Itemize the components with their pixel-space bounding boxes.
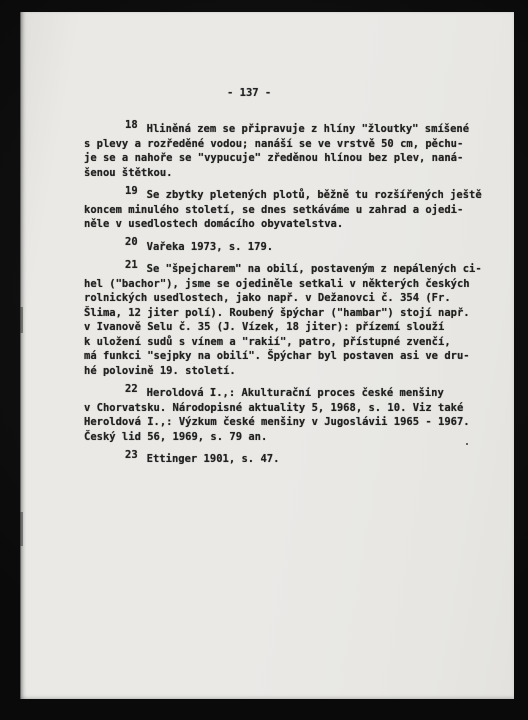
footnote-line: Heroldová I.,: Výzkum české menšiny v Ju…	[84, 415, 496, 430]
footnote-line: k uložení sudů s vínem a "rakií", patro,…	[84, 335, 496, 350]
footnote-line: má funkci "sejpky na obilí". Špýchar byl…	[84, 349, 496, 364]
footnote-text: Ettinger 1901, s. 47.	[147, 453, 280, 465]
footnote-line: 20Vařeka 1973, s. 179.	[84, 240, 496, 255]
footnote-text: Se "špejcharem" na obilí, postaveným z n…	[147, 263, 482, 275]
footnote-line: v Ivanově Selu č. 35 (J. Vízek, 18 jiter…	[84, 320, 496, 335]
footnotes-section: 18Hliněná zem se připravuje z hlíny "žlo…	[84, 122, 496, 475]
binding-edge-mark	[20, 512, 23, 546]
footnote-line: 19Se zbytky pletených plotů, běžně tu ro…	[84, 188, 496, 203]
page-number: - 137 -	[227, 86, 271, 100]
footnote-23: 23Ettinger 1901, s. 47.	[84, 452, 496, 467]
footnote-line: je se a nahoře se "vypucuje" zředěnou hl…	[84, 151, 496, 166]
footnote-number: 22	[125, 382, 138, 397]
binding-edge-mark	[20, 307, 23, 333]
footnote-number: 19	[125, 184, 138, 199]
footnote-line: 23Ettinger 1901, s. 47.	[84, 452, 496, 467]
document-page: - 137 - 18Hliněná zem se připravuje z hl…	[20, 12, 514, 699]
footnote-19: 19Se zbytky pletených plotů, běžně tu ro…	[84, 188, 496, 232]
footnote-line: něle v usedlostech domácího obyvatelstva…	[84, 217, 496, 232]
footnote-line: Český lid 56, 1969, s. 79 an.	[84, 430, 496, 445]
footnote-number: 21	[125, 258, 138, 273]
footnote-22: 22Heroldová I.,: Akulturační proces česk…	[84, 386, 496, 444]
footnote-line: šenou štětkou.	[84, 166, 496, 181]
footnote-text: Hliněná zem se připravuje z hlíny "žlout…	[147, 123, 469, 135]
footnote-21: 21Se "špejcharem" na obilí, postaveným z…	[84, 262, 496, 378]
footnote-line: rolnických usedlostech, jako např. v Dež…	[84, 291, 496, 306]
footnote-line: 18Hliněná zem se připravuje z hlíny "žlo…	[84, 122, 496, 137]
footnote-number: 18	[125, 118, 138, 133]
footnote-line: hel ("bachor"), jsme se ojediněle setkal…	[84, 277, 496, 292]
footnote-number: 23	[125, 448, 138, 463]
footnote-text: Heroldová I.,: Akulturační proces české …	[147, 387, 444, 399]
scan-background: - 137 - 18Hliněná zem se připravuje z hl…	[0, 0, 528, 720]
footnote-20: 20Vařeka 1973, s. 179.	[84, 240, 496, 255]
footnote-text: Se zbytky pletených plotů, běžně tu rozš…	[147, 189, 482, 201]
footnote-line: hé polovině 19. století.	[84, 364, 496, 379]
footnote-line: 21Se "špejcharem" na obilí, postaveným z…	[84, 262, 496, 277]
footnote-18: 18Hliněná zem se připravuje z hlíny "žlo…	[84, 122, 496, 180]
footnote-line: koncem minulého století, se dnes setkává…	[84, 203, 496, 218]
footnote-line: s plevy a rozředěné vodou; nanáší se ve …	[84, 137, 496, 152]
footnote-number: 20	[125, 235, 138, 250]
footnote-text: Vařeka 1973, s. 179.	[147, 241, 273, 253]
footnote-line: v Chorvatsku. Národopisné aktuality 5, 1…	[84, 401, 496, 416]
footnote-line: Šlima, 12 jiter polí). Roubený špýchar (…	[84, 306, 496, 321]
footnote-line: 22Heroldová I.,: Akulturační proces česk…	[84, 386, 496, 401]
ink-speck	[466, 443, 468, 445]
